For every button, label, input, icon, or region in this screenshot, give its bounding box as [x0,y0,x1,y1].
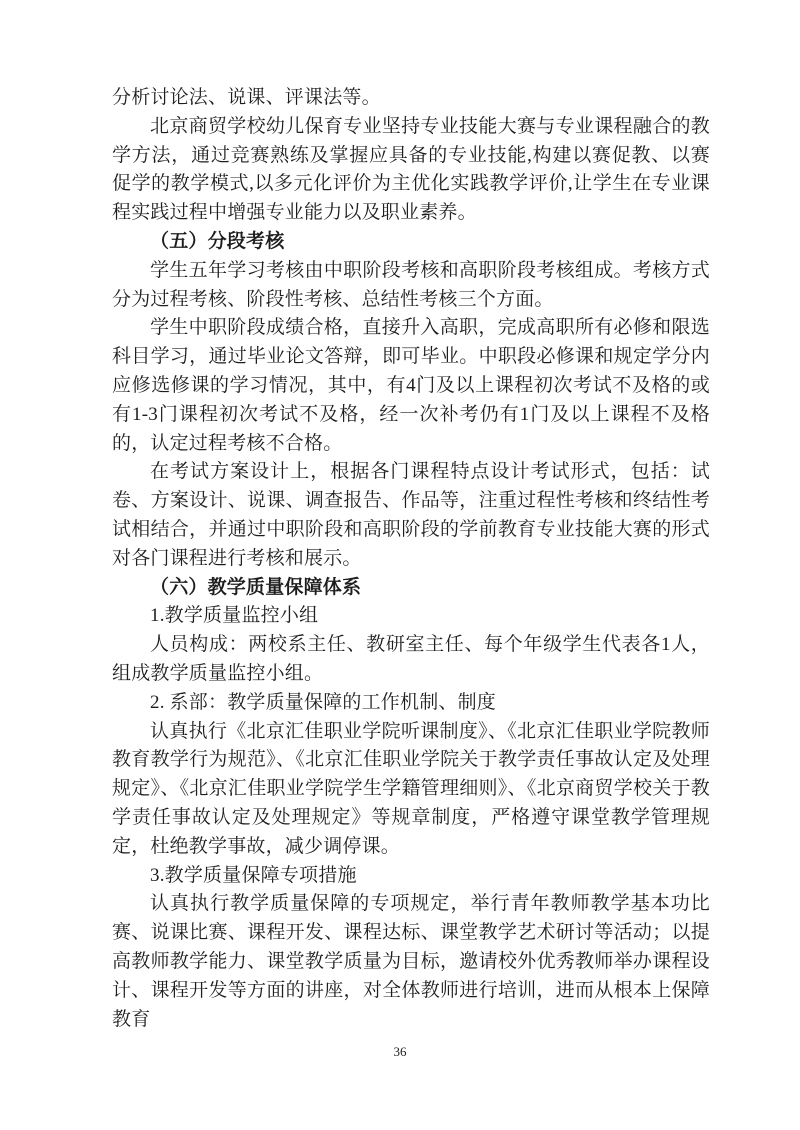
paragraph-regulations: 认真执行《北京汇佳职业学院听课制度》、《北京汇佳职业学院教师教育教学行为规范》、… [112,718,710,862]
document-page: 分析讨论法、说课、评课法等。 北京商贸学校幼儿保育专业坚持专业技能大赛与专业课程… [0,0,800,1130]
paragraph-assessment-rules: 学生中职阶段成绩合格，直接升入高职，完成高职所有必修和限选科目学习，通过毕业论文… [112,314,710,458]
page-number: 36 [0,1044,800,1060]
section-heading-6: （六）教学质量保障体系 [112,574,710,603]
paragraph-monitor-group: 人员构成：两校系主任、教研室主任、每个年级学生代表各1人，组成教学质量监控小组。 [112,631,710,689]
subitem-2-heading: 2. 系部：教学质量保障的工作机制、制度 [112,689,710,718]
paragraph-teaching-method: 北京商贸学校幼儿保育专业坚持专业技能大赛与专业课程融合的教学方法，通过竞赛熟练及… [112,113,710,228]
document-body: 分析讨论法、说课、评课法等。 北京商贸学校幼儿保育专业坚持专业技能大赛与专业课程… [112,84,710,1034]
paragraph-continuation: 分析讨论法、说课、评课法等。 [112,84,710,113]
paragraph-special-measures: 认真执行教学质量保障的专项规定，举行青年教师教学基本功比赛、说课比赛、课程开发、… [112,890,710,1034]
paragraph-assessment-overview: 学生五年学习考核由中职阶段考核和高职阶段考核组成。考核方式分为过程考核、阶段性考… [112,257,710,315]
paragraph-exam-design: 在考试方案设计上，根据各门课程特点设计考试形式，包括：试卷、方案设计、说课、调查… [112,458,710,573]
subitem-3-heading: 3.教学质量保障专项措施 [112,862,710,891]
section-heading-5: （五）分段考核 [112,228,710,257]
subitem-1-heading: 1.教学质量监控小组 [112,602,710,631]
